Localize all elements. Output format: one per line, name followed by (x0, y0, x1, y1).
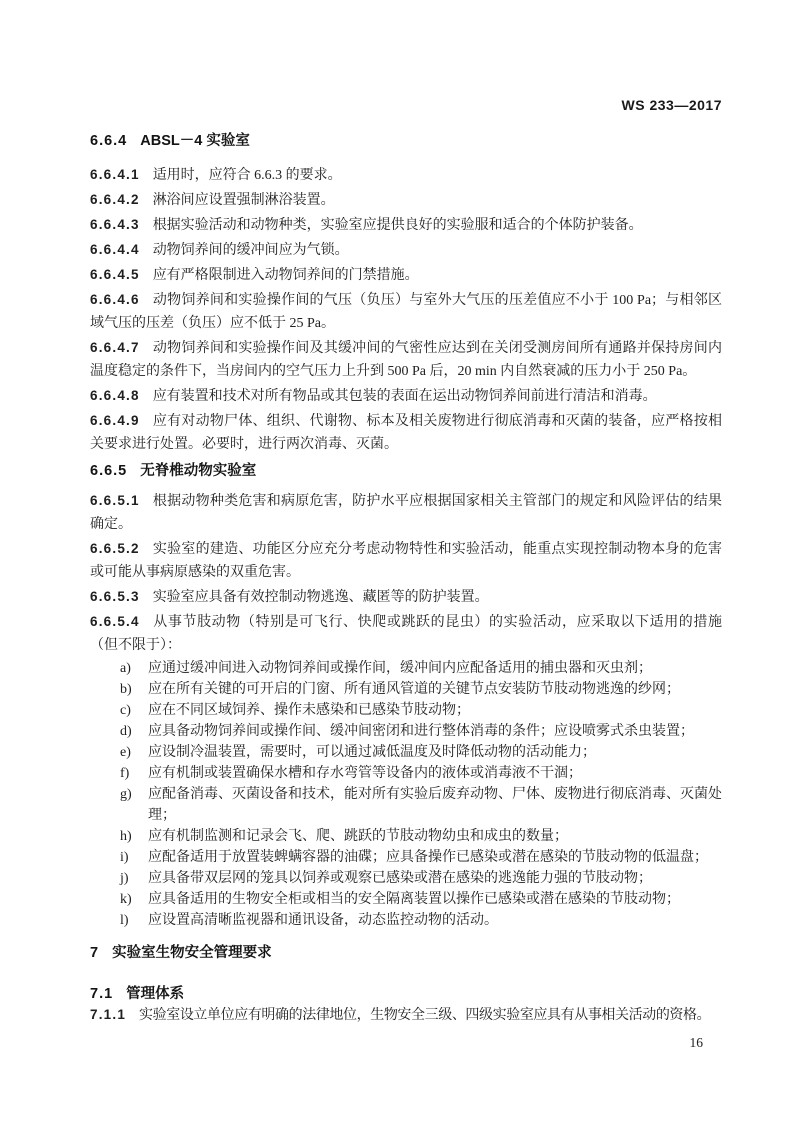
list-item-c: c)应在不同区域饲养、操作未感染和已感染节肢动物； (90, 700, 722, 721)
list-item-i: i)应配备适用于放置装蜱螨容器的油碟；应具备操作已感染或潜在感染的节肢动物的低温… (90, 847, 722, 868)
clause-text: 根据实验活动和动物种类，实验室应提供良好的实验服和适合的个体防护装备。 (153, 218, 643, 233)
clause-number: 6.6.5.2 (90, 541, 140, 556)
item-marker: c) (120, 700, 148, 721)
clause-number: 6.6.4.7 (90, 340, 140, 355)
clause-text: 实验室设立单位应有明确的法律地位，生物安全三级、四级实验室应具有从事相关活动的资… (139, 1008, 710, 1023)
clause-number: 6.6.4.6 (90, 292, 140, 307)
heading-7-1: 7.1管理体系 (90, 986, 722, 1003)
heading-number: 7.1 (90, 986, 113, 1002)
item-marker: k) (120, 889, 148, 910)
clause-6-6-5-3: 6.6.5.3实验室应具备有效控制动物逃逸、藏匿等的防护装置。 (90, 585, 722, 609)
list-item-g: g)应配备消毒、灭菌设备和技术，能对所有实验后废弃动物、尸体、废物进行彻底消毒、… (90, 784, 722, 826)
item-marker: i) (120, 847, 148, 868)
clause-6-6-4-9: 6.6.4.9应有对动物尸体、组织、代谢物、标本及相关废物进行彻底消毒和灭菌的装… (90, 409, 722, 456)
clause-text: 动物饲养间和实验操作间及其缓冲间的气密性应达到在关闭受测房间所有通路并保持房间内… (90, 341, 722, 379)
heading-title: 实验室生物安全管理要求 (112, 945, 272, 961)
clause-number: 6.6.4.5 (90, 267, 140, 282)
list-item-l: l)应设置高清晰监视器和通讯设备，动态监控动物的活动。 (90, 910, 722, 931)
clause-text: 应有对动物尸体、组织、代谢物、标本及相关废物进行彻底消毒和灭菌的装备，应严格按相… (90, 414, 722, 452)
clause-6-6-4-7: 6.6.4.7动物饲养间和实验操作间及其缓冲间的气密性应达到在关闭受测房间所有通… (90, 336, 722, 383)
clause-number: 6.6.5.4 (90, 614, 140, 629)
item-text: 应具备动物饲养间或操作间、缓冲间密闭和进行整体消毒的条件；应设喷雾式杀虫装置； (148, 721, 722, 742)
document-page: WS 233—2017 6.6.4ABSL－4 实验室 6.6.4.1适用时，应… (0, 0, 794, 1123)
list-item-j: j)应具备带双层网的笼具以饲养或观察已感染或潜在感染的逃逸能力强的节肢动物； (90, 868, 722, 889)
clause-text: 实验室应具备有效控制动物逃逸、藏匿等的防护装置。 (153, 590, 489, 605)
heading-number: 6.6.4 (90, 133, 127, 149)
clause-text: 应有装置和技术对所有物品或其包装的表面在运出动物饲养间前进行清洁和消毒。 (153, 389, 657, 404)
clause-text: 根据动物种类危害和病原危害，防护水平应根据国家相关主管部门的规定和风险评估的结果… (90, 494, 722, 532)
clause-6-6-4-8: 6.6.4.8应有装置和技术对所有物品或其包装的表面在运出动物饲养间前进行清洁和… (90, 384, 722, 408)
item-marker: j) (120, 868, 148, 889)
clause-6-6-4-4: 6.6.4.4动物饲养间的缓冲间应为气锁。 (90, 238, 722, 262)
list-item-h: h)应有机制监测和记录会飞、爬、跳跃的节肢动物幼虫和成虫的数量； (90, 826, 722, 847)
heading-6-6-4: 6.6.4ABSL－4 实验室 (90, 133, 722, 150)
item-text: 应配备适用于放置装蜱螨容器的油碟；应具备操作已感染或潜在感染的节肢动物的低温盘； (148, 847, 722, 868)
heading-title: ABSL－4 实验室 (140, 133, 250, 149)
clause-text: 动物饲养间的缓冲间应为气锁。 (153, 243, 349, 258)
item-marker: a) (120, 658, 148, 679)
clause-number: 6.6.4.1 (90, 167, 140, 182)
item-text: 应具备带双层网的笼具以饲养或观察已感染或潜在感染的逃逸能力强的节肢动物； (148, 868, 722, 889)
clause-text: 实验室的建造、功能区分应充分考虑动物特性和实验活动，能重点实现控制动物本身的危害… (90, 542, 722, 580)
item-marker: h) (120, 826, 148, 847)
item-text: 应具备适用的生物安全柜或相当的安全隔离装置以操作已感染或潜在感染的节肢动物； (148, 889, 722, 910)
list-item-b: b)应在所有关键的可开启的门窗、所有通风管道的关键节点安装防节肢动物逃逸的纱网； (90, 679, 722, 700)
clause-6-6-4-5: 6.6.4.5应有严格限制进入动物饲养间的门禁措施。 (90, 263, 722, 287)
clause-text: 应有严格限制进入动物饲养间的门禁措施。 (153, 268, 419, 283)
item-marker: l) (120, 910, 148, 931)
list-item-a: a)应通过缓冲间进入动物饲养间或操作间，缓冲间内应配备适用的捕虫器和灭虫剂； (90, 658, 722, 679)
clause-6-6-4-6: 6.6.4.6动物饲养间和实验操作间的气压（负压）与室外大气压的压差值应不小于 … (90, 288, 722, 335)
page-number-text: 16 (690, 1035, 704, 1050)
heading-7: 7实验室生物安全管理要求 (90, 945, 722, 962)
heading-number: 7 (90, 945, 99, 961)
clause-number: 6.6.4.2 (90, 192, 140, 207)
item-marker: e) (120, 742, 148, 763)
item-text: 应在所有关键的可开启的门窗、所有通风管道的关键节点安装防节肢动物逃逸的纱网； (148, 679, 722, 700)
clause-6-6-5-2: 6.6.5.2实验室的建造、功能区分应充分考虑动物特性和实验活动，能重点实现控制… (90, 537, 722, 584)
clause-number: 6.6.5.1 (90, 493, 140, 508)
item-text: 应设置高清晰监视器和通讯设备，动态监控动物的活动。 (148, 910, 722, 931)
clause-text: 适用时，应符合 6.6.3 的要求。 (153, 168, 342, 183)
item-text: 应在不同区域饲养、操作未感染和已感染节肢动物； (148, 700, 722, 721)
clause-text: 动物饲养间和实验操作间的气压（负压）与室外大气压的压差值应不小于 100 Pa；… (90, 293, 722, 331)
item-marker: b) (120, 679, 148, 700)
standard-code-text: WS 233—2017 (622, 97, 722, 113)
item-text: 应有机制监测和记录会飞、爬、跳跃的节肢动物幼虫和成虫的数量； (148, 826, 722, 847)
heading-title: 管理体系 (126, 986, 184, 1002)
heading-title: 无脊椎动物实验室 (140, 463, 256, 479)
list-item-d: d)应具备动物饲养间或操作间、缓冲间密闭和进行整体消毒的条件；应设喷雾式杀虫装置… (90, 721, 722, 742)
clause-6-6-5-1: 6.6.5.1根据动物种类危害和病原危害，防护水平应根据国家相关主管部门的规定和… (90, 489, 722, 536)
item-marker: d) (120, 721, 148, 742)
clause-7-1-1: 7.1.1实验室设立单位应有明确的法律地位，生物安全三级、四级实验室应具有从事相… (90, 1003, 722, 1027)
clause-text: 从事节肢动物（特别是可飞行、快爬或跳跃的昆虫）的实验活动，应采取以下适用的措施（… (90, 615, 722, 653)
list-item-f: f)应有机制或装置确保水槽和存水弯管等设备内的液体或消毒液不干涸； (90, 763, 722, 784)
clause-number: 6.6.4.9 (90, 413, 140, 428)
item-text: 应通过缓冲间进入动物饲养间或操作间，缓冲间内应配备适用的捕虫器和灭虫剂； (148, 658, 722, 679)
clause-number: 6.6.4.3 (90, 217, 140, 232)
item-text: 应设制冷温装置，需要时，可以通过减低温度及时降低动物的活动能力； (148, 742, 722, 763)
item-text: 应有机制或装置确保水槽和存水弯管等设备内的液体或消毒液不干涸； (148, 763, 722, 784)
clause-number: 7.1.1 (90, 1007, 126, 1022)
clause-text: 淋浴间应设置强制淋浴装置。 (153, 193, 335, 208)
clause-number: 6.6.5.3 (90, 589, 140, 604)
list-item-e: e)应设制冷温装置，需要时，可以通过减低温度及时降低动物的活动能力； (90, 742, 722, 763)
document-content: 6.6.4ABSL－4 实验室 6.6.4.1适用时，应符合 6.6.3 的要求… (90, 133, 722, 1028)
heading-number: 6.6.5 (90, 463, 127, 479)
heading-6-6-5: 6.6.5无脊椎动物实验室 (90, 463, 722, 480)
item-marker: f) (120, 763, 148, 784)
item-marker: g) (120, 784, 148, 826)
clause-6-6-4-2: 6.6.4.2淋浴间应设置强制淋浴装置。 (90, 188, 722, 212)
clause-number: 6.6.4.4 (90, 242, 140, 257)
clause-6-6-4-3: 6.6.4.3根据实验活动和动物种类，实验室应提供良好的实验服和适合的个体防护装… (90, 213, 722, 237)
clause-6-6-4-1: 6.6.4.1适用时，应符合 6.6.3 的要求。 (90, 163, 722, 187)
clause-number: 6.6.4.8 (90, 388, 140, 403)
page-number: 16 (690, 1035, 704, 1051)
header-standard-code: WS 233—2017 (622, 97, 722, 113)
clause-6-6-5-4: 6.6.5.4从事节肢动物（特别是可飞行、快爬或跳跃的昆虫）的实验活动，应采取以… (90, 610, 722, 657)
item-text: 应配备消毒、灭菌设备和技术，能对所有实验后废弃动物、尸体、废物进行彻底消毒、灭菌… (148, 784, 722, 826)
list-item-k: k)应具备适用的生物安全柜或相当的安全隔离装置以操作已感染或潜在感染的节肢动物； (90, 889, 722, 910)
